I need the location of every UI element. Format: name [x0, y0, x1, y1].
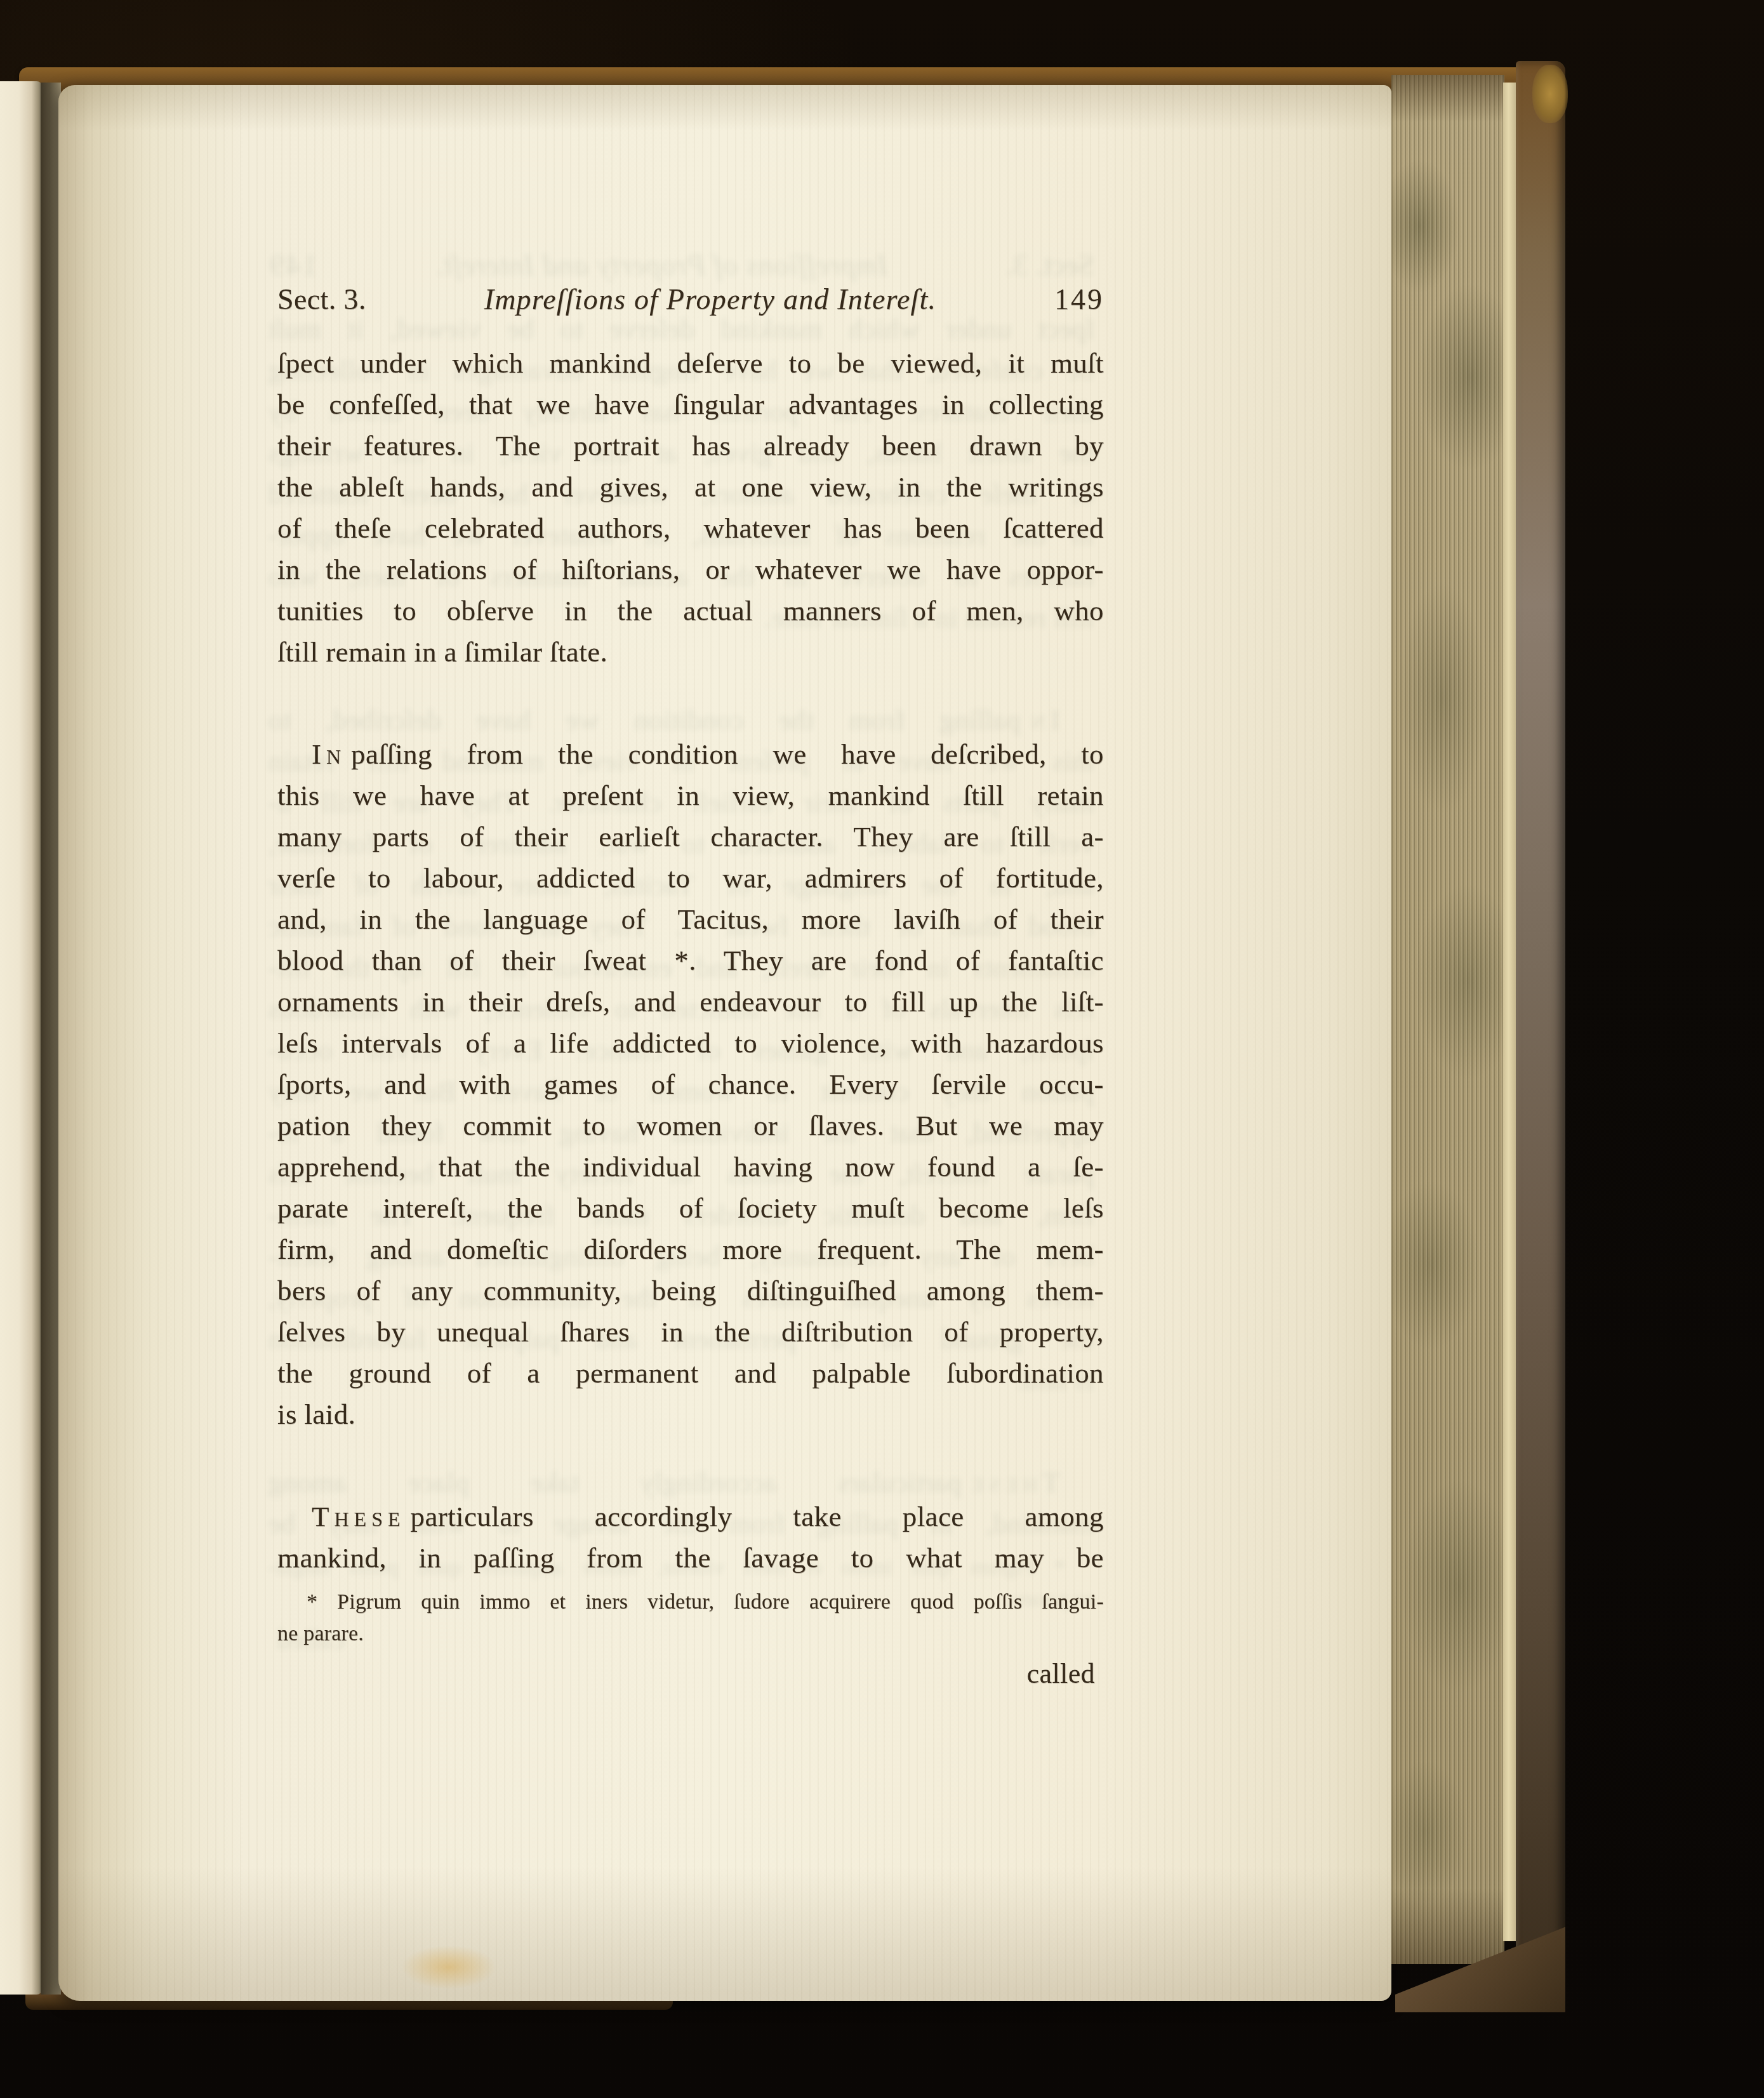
- book-page: Sect. 3. Impreſſions of Property and Int…: [58, 85, 1391, 2001]
- photograph-of-open-book: Sect. 3. Impreſſions of Property and Int…: [0, 0, 1764, 2098]
- footnote-line: * Pigrum quin immo et iners videtur, ſud…: [277, 1586, 1104, 1618]
- body-paragraph: Inpaſſing from the condition we have deſ…: [277, 734, 1104, 1435]
- cover-wear-patch: [1532, 65, 1568, 123]
- text-line: ornaments in their dreſs, and endeavour …: [277, 981, 1104, 1023]
- text-line: and, in the language of Tacitus, more la…: [277, 899, 1104, 940]
- text-line: firm, and domeſtic diſorders more freque…: [277, 1229, 1104, 1270]
- text-line: be confeſſed, that we have ſingular adva…: [277, 384, 1104, 425]
- text-line: mankind, in paſſing from the ſavage to w…: [277, 1537, 1104, 1579]
- leather-cover-edge: [1516, 61, 1565, 2007]
- text-line: ſelves by unequal ſhares in the diſtribu…: [277, 1311, 1104, 1353]
- text-line: this we have at preſent in view, mankind…: [277, 775, 1104, 816]
- catchword: called: [277, 1656, 1104, 1692]
- small-caps-lead-word: These: [312, 1501, 406, 1532]
- text-line: in the relations of hiſtorians, or whate…: [277, 549, 1104, 590]
- text-line: the ground of a permanent and palpable ſ…: [277, 1353, 1104, 1394]
- printed-text-block: Sect. 3. Impreſſions of Property and Int…: [277, 279, 1104, 1692]
- paper-stain: [401, 1945, 496, 1989]
- text-line: Inpaſſing from the condition we have deſ…: [277, 734, 1104, 775]
- text-line: Theseparticulars accordingly take place …: [277, 1496, 1104, 1537]
- text-line: apprehend, that the individual having no…: [277, 1146, 1104, 1188]
- section-label: Sect. 3.: [277, 279, 366, 320]
- body-paragraph: ſpect under which mankind deſerve to be …: [277, 343, 1104, 673]
- text-line: ſports, and with games of chance. Every …: [277, 1064, 1104, 1105]
- text-line: pation they commit to women or ſlaves. B…: [277, 1105, 1104, 1146]
- text-line: their features. The portrait has already…: [277, 425, 1104, 467]
- end-pages-edge: [1503, 83, 1517, 1941]
- text-line: blood than of their ſweat *. They are fo…: [277, 940, 1104, 981]
- text-line: ſpect under which mankind deſerve to be …: [277, 343, 1104, 384]
- text-line: parate intereſt, the bands of ſociety mu…: [277, 1188, 1104, 1229]
- running-title: Impreſſions of Property and Intereſt.: [366, 279, 1054, 320]
- text-line: bers of any community, being diſtinguiſh…: [277, 1270, 1104, 1311]
- text-line: leſs intervals of a life addicted to vio…: [277, 1023, 1104, 1064]
- footnote-line: ne parare.: [277, 1618, 1104, 1650]
- text-line: is laid.: [277, 1394, 1104, 1435]
- facing-page-edge: [0, 81, 42, 1995]
- body-paragraphs: ſpect under which mankind deſerve to be …: [277, 343, 1104, 1579]
- running-header: Sect. 3. Impreſſions of Property and Int…: [277, 279, 1104, 320]
- small-caps-lead-word: In: [312, 738, 346, 770]
- text-line: the ableſt hands, and gives, at one view…: [277, 467, 1104, 508]
- text-line: verſe to labour, addicted to war, admire…: [277, 858, 1104, 899]
- text-line: ſtill remain in a ſimilar ſtate.: [277, 632, 1104, 673]
- text-line: many parts of their earlieſt character. …: [277, 816, 1104, 858]
- text-line: of theſe celebrated authors, whatever ha…: [277, 508, 1104, 549]
- body-paragraph: Theseparticulars accordingly take place …: [277, 1496, 1104, 1579]
- page-number: 149: [1054, 279, 1104, 320]
- text-line: tunities to obſerve in the actual manner…: [277, 590, 1104, 632]
- fore-edge-page-block: [1391, 75, 1504, 1964]
- footnote: * Pigrum quin immo et iners videtur, ſud…: [277, 1586, 1104, 1650]
